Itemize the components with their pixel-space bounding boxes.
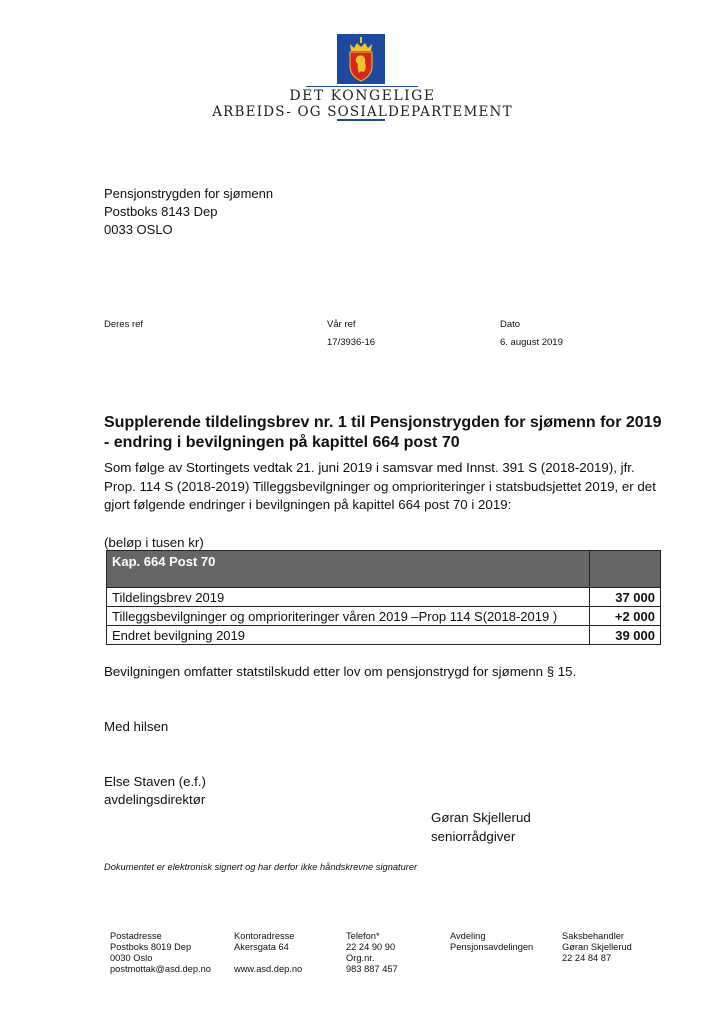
row-label: Tilleggsbevilgninger og omprioriteringer…: [107, 607, 590, 626]
logo-divider: [306, 86, 418, 87]
footer-line: 0030 Oslo: [110, 953, 211, 964]
ministry-name-line1: DET KONGELIGE: [0, 88, 725, 104]
var-ref-value: 17/3936-16: [327, 337, 375, 348]
closing-greeting: Med hilsen: [104, 719, 168, 734]
scope-paragraph: Bevilgningen omfatter statstilskudd ette…: [104, 664, 576, 679]
row-amount: +2 000: [590, 607, 661, 626]
footer-line: 22 24 90 90: [346, 942, 398, 953]
recipient-street: Postboks 8143 Dep: [104, 203, 273, 221]
recipient-address: Pensjonstrygden for sjømenn Postboks 814…: [104, 185, 273, 239]
unit-note: (beløp i tusen kr): [104, 535, 204, 550]
footer-case-officer: Saksbehandler Gøran Skjellerud 22 24 84 …: [562, 931, 632, 964]
footer-office: Kontoradresse Akersgata 64 www.asd.dep.n…: [234, 931, 302, 975]
letter-title: Supplerende tildelingsbrev nr. 1 til Pen…: [104, 413, 664, 453]
coat-of-arms-icon: [337, 34, 385, 84]
footer-department: Avdeling Pensjonsavdelingen: [450, 931, 533, 953]
signer2-name: Gøran Skjellerud: [431, 810, 531, 825]
table-row: Endret bevilgning 2019 39 000: [107, 626, 661, 645]
footer-email[interactable]: postmottak@asd.dep.no: [110, 964, 211, 975]
row-amount: 37 000: [590, 588, 661, 607]
allocation-table: Kap. 664 Post 70 Tildelingsbrev 2019 37 …: [106, 550, 661, 645]
footer-line: Pensjonsavdelingen: [450, 942, 533, 953]
table-row: Tildelingsbrev 2019 37 000: [107, 588, 661, 607]
intro-paragraph: Som følge av Stortingets vedtak 21. juni…: [104, 459, 664, 515]
footer-heading: Kontoradresse: [234, 931, 302, 942]
footer-line: Akersgata 64: [234, 942, 302, 953]
footer-heading: Postadresse: [110, 931, 211, 942]
table-header-row: Kap. 664 Post 70: [107, 551, 661, 588]
footer-website-link[interactable]: www.asd.dep.no: [234, 964, 302, 975]
footer-line: 22 24 84 87: [562, 953, 632, 964]
footer-line: Gøran Skjellerud: [562, 942, 632, 953]
row-label: Endret bevilgning 2019: [107, 626, 590, 645]
footer-line: Org.nr.: [346, 953, 398, 964]
table-row: Tilleggsbevilgninger og omprioriteringer…: [107, 607, 661, 626]
var-ref-label: Vår ref: [327, 319, 356, 330]
table-header-amount: [590, 551, 661, 588]
ministry-name-line2: ARBEIDS- OG SOSIALDEPARTEMENT: [0, 104, 725, 120]
table-header: Kap. 664 Post 70: [107, 551, 590, 588]
footer-heading: Avdeling: [450, 931, 533, 942]
row-label: Tildelingsbrev 2019: [107, 588, 590, 607]
signer2-title: seniorrådgiver: [431, 829, 515, 844]
footer-phone: Telefon* 22 24 90 90 Org.nr. 983 887 457: [346, 931, 398, 975]
dato-label: Dato: [500, 319, 520, 330]
signer1-name: Else Staven (e.f.): [104, 774, 206, 789]
recipient-city: 0033 OSLO: [104, 221, 273, 239]
deres-ref-label: Deres ref: [104, 319, 143, 330]
logo-bottom-bar: [337, 119, 385, 121]
footer-heading: Saksbehandler: [562, 931, 632, 942]
dato-value: 6. august 2019: [500, 337, 563, 348]
footer-line: [234, 953, 302, 964]
row-amount: 39 000: [590, 626, 661, 645]
footer-heading: Telefon*: [346, 931, 398, 942]
recipient-name: Pensjonstrygden for sjømenn: [104, 185, 273, 203]
signer1-title: avdelingsdirektør: [104, 792, 205, 807]
footer-line: Postboks 8019 Dep: [110, 942, 211, 953]
footer-line: 983 887 457: [346, 964, 398, 975]
signature-note: Dokumentet er elektronisk signert og har…: [104, 862, 417, 872]
footer-postal: Postadresse Postboks 8019 Dep 0030 Oslo …: [110, 931, 211, 975]
